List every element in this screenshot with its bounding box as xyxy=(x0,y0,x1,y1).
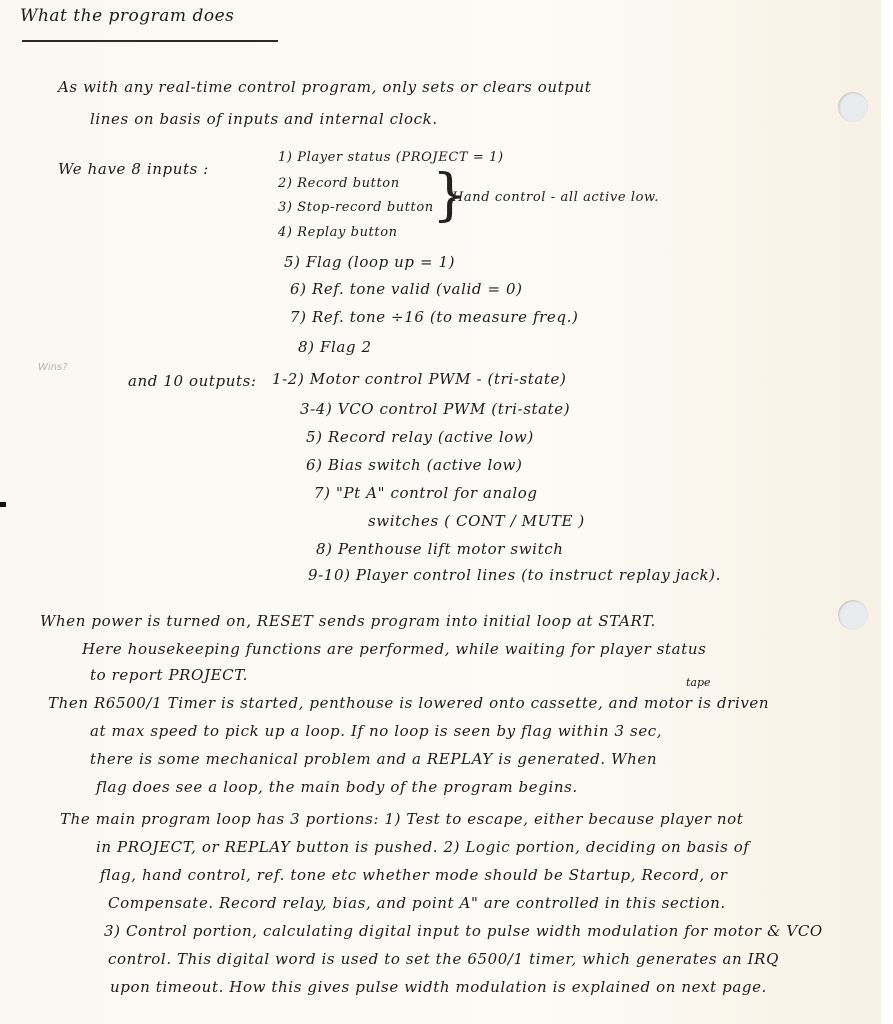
outputs-lead: and 10 outputs: xyxy=(128,372,257,390)
handwritten-page: What the program does As with any real-t… xyxy=(0,0,893,1024)
startup-line: Here housekeeping functions are performe… xyxy=(82,640,706,658)
timer-line: at max speed to pick up a loop. If no lo… xyxy=(90,722,662,740)
margin-scribble: Wins? xyxy=(38,362,68,373)
margin-mark xyxy=(0,502,6,507)
startup-line: to report PROJECT. xyxy=(90,666,248,684)
hand-control-note: Hand control - all active low. xyxy=(452,190,659,205)
main-loop-line: Compensate. Record relay, bias, and poin… xyxy=(108,894,726,912)
output-item: 5) Record relay (active low) xyxy=(306,428,534,446)
intro-line: lines on basis of inputs and internal cl… xyxy=(90,110,438,128)
input-item: 4) Replay button xyxy=(278,225,398,240)
input-item: 1) Player status (PROJECT = 1) xyxy=(278,150,504,165)
main-loop-line: control. This digital word is used to se… xyxy=(108,950,779,968)
title-underline xyxy=(22,40,278,42)
input-item: 5) Flag (loop up = 1) xyxy=(284,253,455,271)
output-item: 6) Bias switch (active low) xyxy=(306,456,522,474)
main-loop-line: 3) Control portion, calculating digital … xyxy=(104,922,823,940)
inputs-lead: We have 8 inputs : xyxy=(58,160,209,178)
output-item: 9-10) Player control lines (to instruct … xyxy=(308,566,721,584)
input-item: 8) Flag 2 xyxy=(298,338,372,356)
intro-line: As with any real-time control program, o… xyxy=(58,78,591,96)
page-title: What the program does xyxy=(20,6,234,26)
startup-line: When power is turned on, RESET sends pro… xyxy=(40,612,656,630)
insertion-note: tape xyxy=(686,676,711,689)
output-item: 3-4) VCO control PWM (tri-state) xyxy=(300,400,570,418)
main-loop-line: The main program loop has 3 portions: 1)… xyxy=(60,810,743,828)
input-item: 6) Ref. tone valid (valid = 0) xyxy=(290,280,523,298)
input-item: 3) Stop-record button xyxy=(278,200,434,215)
punch-hole-icon xyxy=(838,92,868,122)
main-loop-line: flag, hand control, ref. tone etc whethe… xyxy=(100,866,728,884)
output-item: 7) "Pt A" control for analog xyxy=(314,484,538,502)
timer-line: Then R6500/1 Timer is started, penthouse… xyxy=(48,694,769,712)
output-item: 1-2) Motor control PWM - (tri-state) xyxy=(272,370,566,388)
timer-line: there is some mechanical problem and a R… xyxy=(90,750,657,768)
timer-line: flag does see a loop, the main body of t… xyxy=(96,778,578,796)
output-item: switches ( CONT / MUTE ) xyxy=(368,512,585,530)
main-loop-line: upon timeout. How this gives pulse width… xyxy=(110,978,767,996)
input-item: 2) Record button xyxy=(278,176,400,191)
main-loop-line: in PROJECT, or REPLAY button is pushed. … xyxy=(96,838,750,856)
page-edge xyxy=(881,0,893,1024)
punch-hole-icon xyxy=(838,600,868,630)
input-item: 7) Ref. tone ÷16 (to measure freq.) xyxy=(290,308,578,326)
output-item: 8) Penthouse lift motor switch xyxy=(316,540,563,558)
